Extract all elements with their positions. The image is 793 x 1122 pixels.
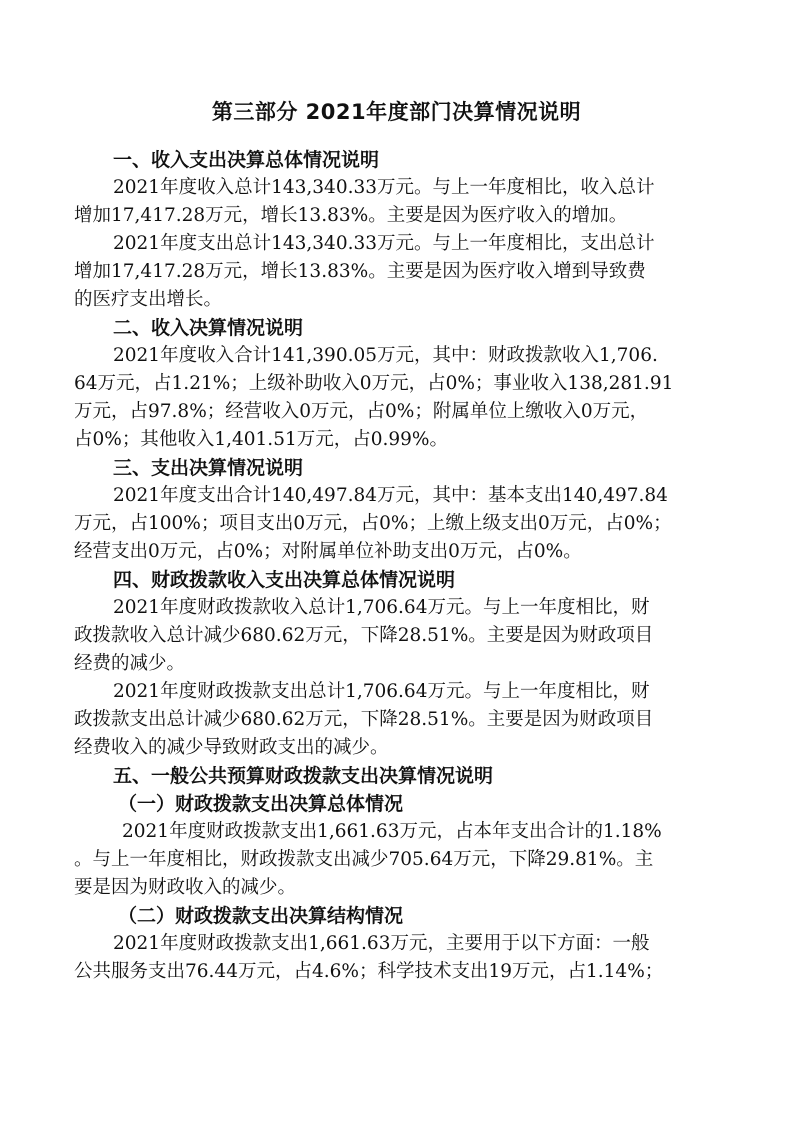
paragraph-line: 2021年度收入总计143,340.33万元。与上一年度相比，收入总计: [113, 174, 655, 202]
paragraph-line: 万元，占100%；项目支出0万元，占0%；上缴上级支出0万元，占0%；: [74, 510, 672, 538]
section-heading-4: 四、财政拨款收入支出决算总体情况说明: [113, 566, 455, 594]
paragraph-line: 2021年度财政拨款支出总计1,706.64万元。与上一年度相比，财: [113, 678, 649, 706]
paragraph-line: 经营支出0万元，占0%；对附属单位补助支出0万元，占0%。: [74, 538, 582, 566]
paragraph-line: 增加17,417.28万元，增长13.83%。主要是因为医疗收入增到导致费: [74, 258, 646, 286]
paragraph-line: 2021年度财政拨款收入总计1,706.64万元。与上一年度相比，财: [113, 594, 649, 622]
paragraph-line: 万元，占97.8%；经营收入0万元，占0%；附属单位上缴收入0万元，: [74, 398, 648, 426]
subsection-heading-5-2: （二）财政拨款支出决算结构情况: [118, 902, 403, 930]
paragraph-line: 政拨款支出总计减少680.62万元，下降28.51%。主要是因为财政项目: [74, 706, 653, 734]
paragraph-line: 增加17,417.28万元，增长13.83%。主要是因为医疗收入的增加。: [74, 202, 627, 230]
section-heading-2: 二、收入决算情况说明: [113, 314, 303, 342]
paragraph-line: 经费收入的减少导致财政支出的减少。: [74, 734, 389, 762]
paragraph-line: 2021年度支出合计140,497.84万元，其中：基本支出140,497.84: [113, 482, 668, 510]
document-page: 第三部分 2021年度部门决算情况说明 一、收入支出决算总体情况说明 2021年…: [0, 0, 793, 1122]
paragraph-line: 经费的减少。: [74, 650, 185, 678]
paragraph-line: 的医疗支出增长。: [74, 286, 222, 314]
paragraph-line: 。与上一年度相比，财政拨款支出减少705.64万元，下降29.81%。主: [74, 846, 653, 874]
paragraph-line: 公共服务支出76.44万元，占4.6%；科学技术支出19万元，占1.14%；: [74, 958, 663, 986]
paragraph-line: 占0%；其他收入1,401.51万元，占0.99%。: [74, 426, 448, 454]
section-heading-5: 五、一般公共预算财政拨款支出决算情况说明: [113, 762, 493, 790]
paragraph-line: 2021年度财政拨款支出1,661.63万元，占本年支出合计的1.18%: [122, 818, 662, 846]
section-heading-1: 一、收入支出决算总体情况说明: [113, 146, 379, 174]
paragraph-line: 64万元，占1.21%；上级补助收入0万元，占0%；事业收入138,281.91: [74, 370, 673, 398]
paragraph-line: 2021年度财政拨款支出1,661.63万元，主要用于以下方面：一般: [113, 930, 649, 958]
paragraph-line: 要是因为财政收入的减少。: [74, 874, 296, 902]
paragraph-line: 2021年度收入合计141,390.05万元，其中：财政拨款收入1,706.: [113, 342, 658, 370]
paragraph-line: 2021年度支出总计143,340.33万元。与上一年度相比，支出总计: [113, 230, 655, 258]
paragraph-line: 政拨款收入总计减少680.62万元，下降28.51%。主要是因为财政项目: [74, 622, 653, 650]
page-title: 第三部分 2021年度部门决算情况说明: [0, 97, 793, 127]
section-heading-3: 三、支出决算情况说明: [113, 454, 303, 482]
subsection-heading-5-1: （一）财政拨款支出决算总体情况: [118, 790, 403, 818]
